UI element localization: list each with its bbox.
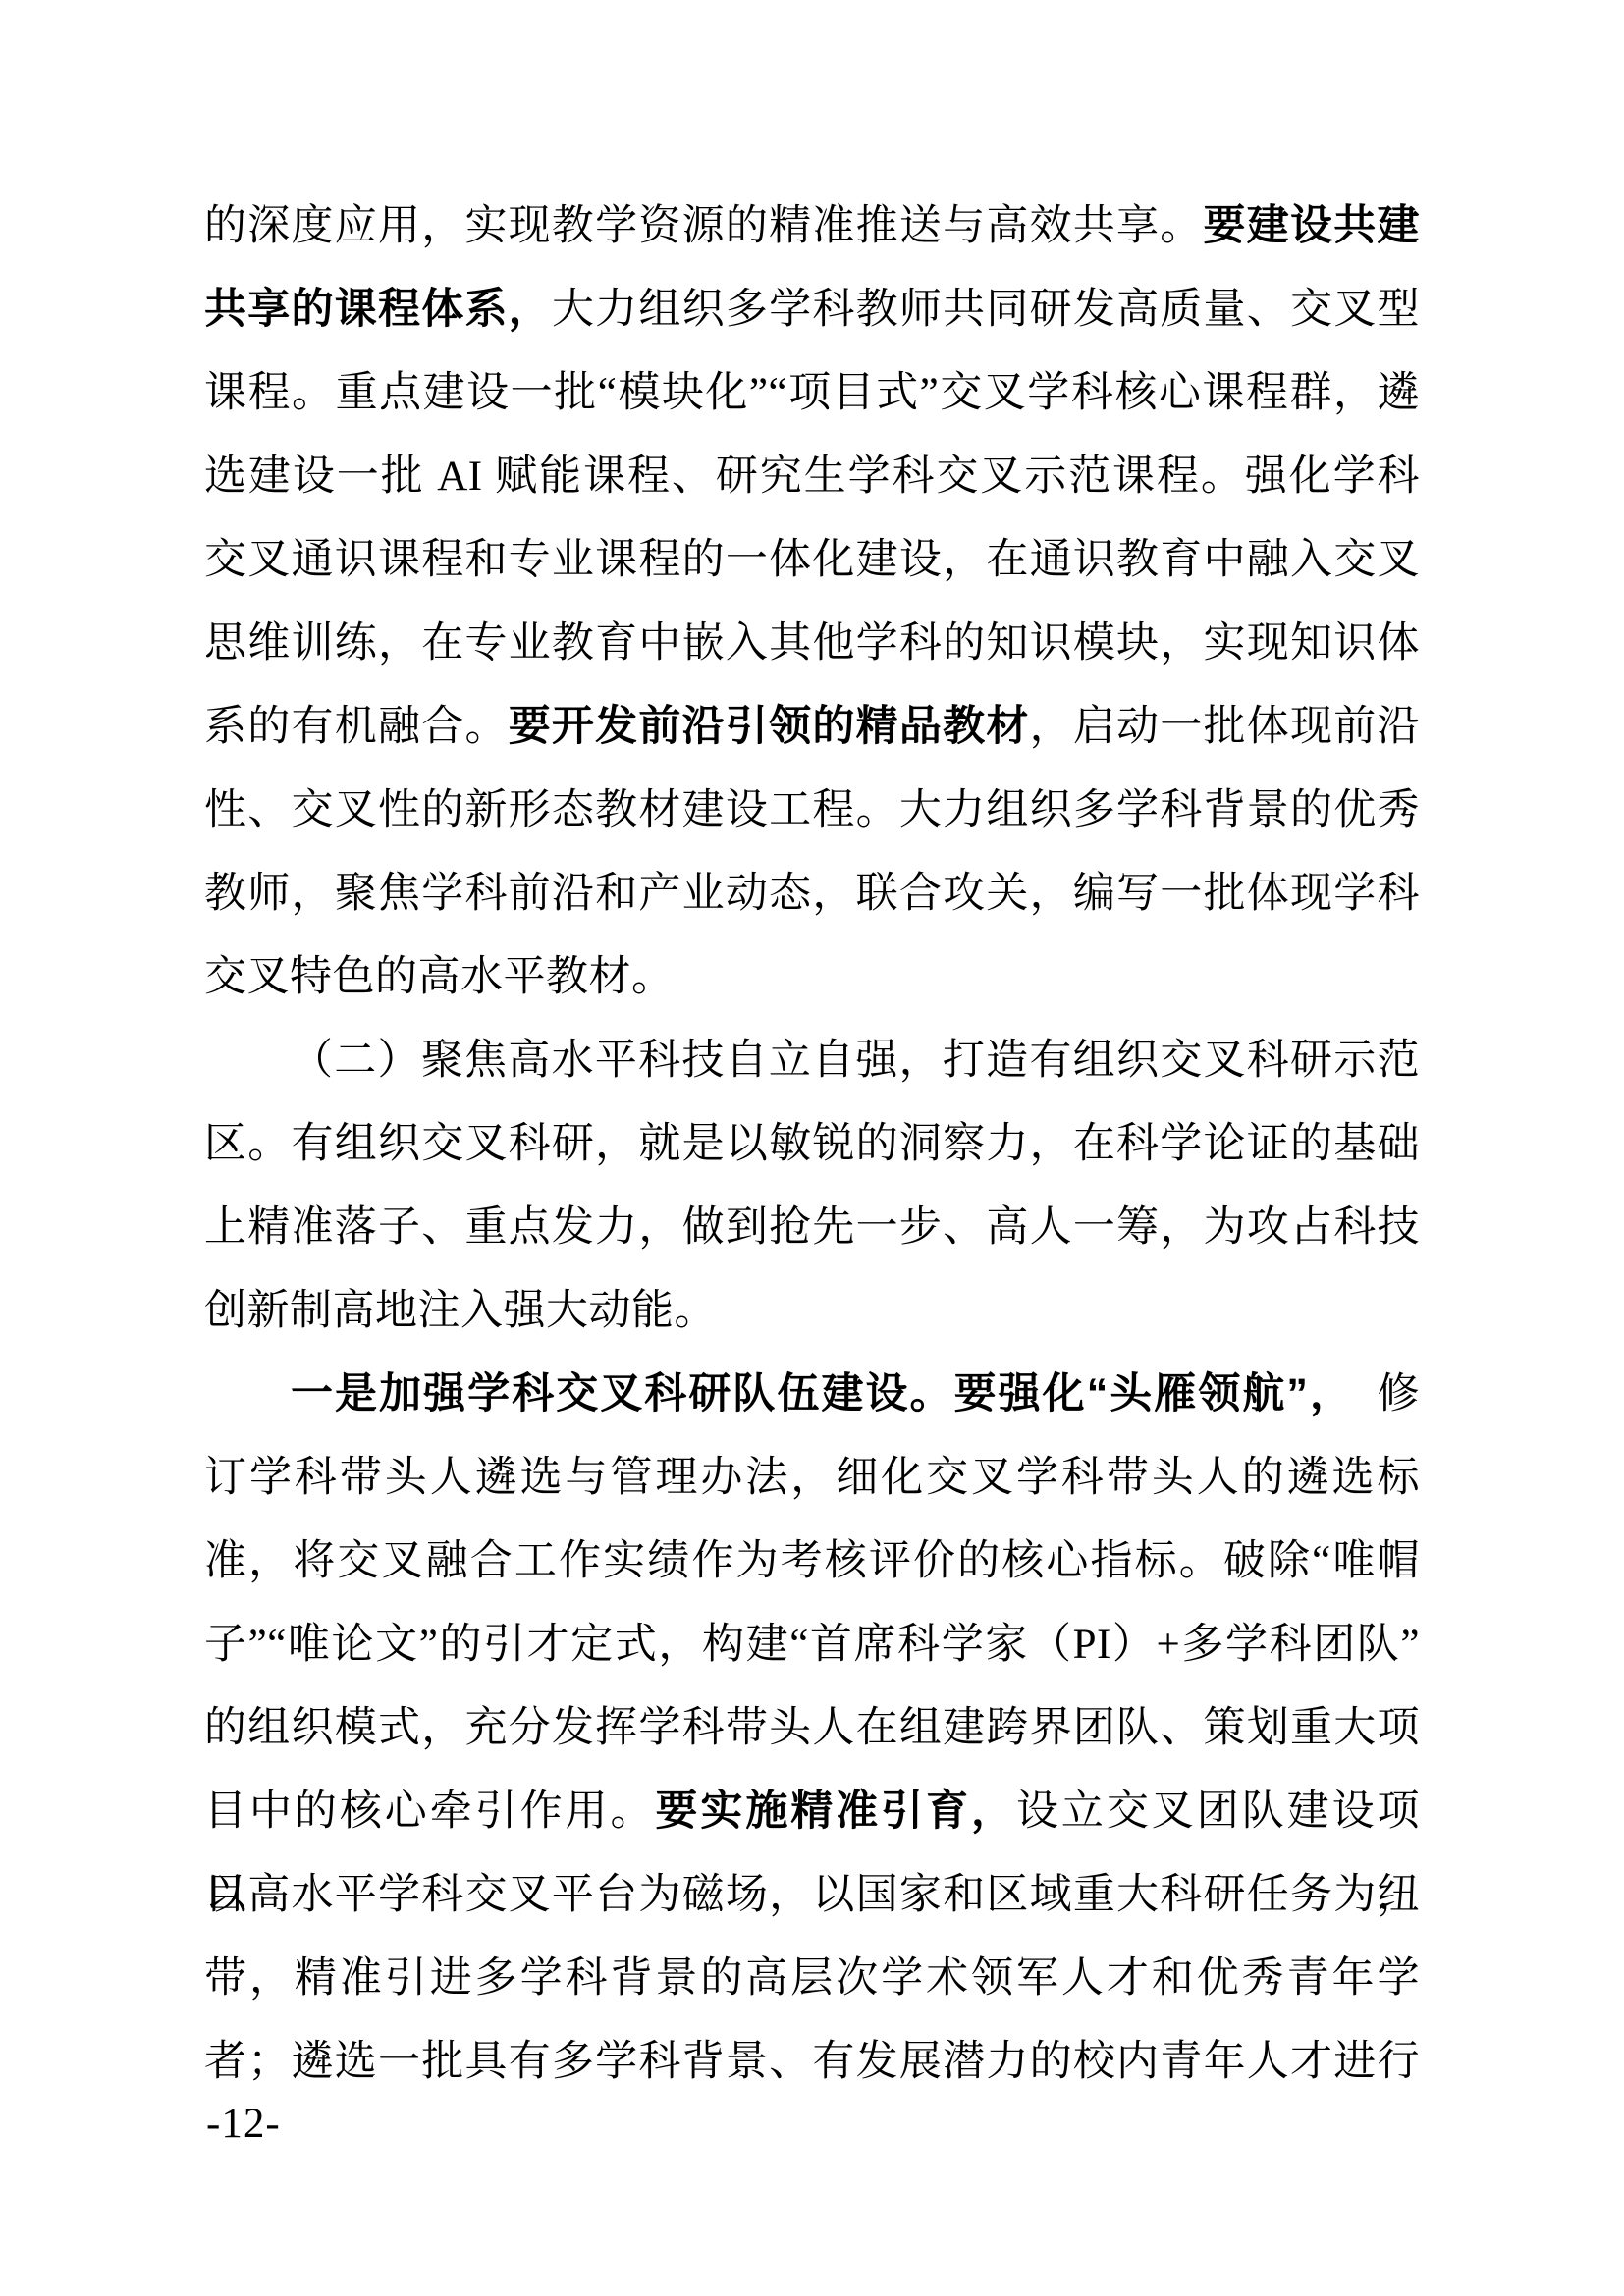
text-run: 修 bbox=[1332, 1371, 1420, 1417]
text-run: （二）聚焦高水平科技自立自强，打造有组织交叉科研示范 bbox=[291, 1038, 1420, 1084]
text-run: 带，精准引进多学科背景的高层次学术领军人才和优秀青年学 bbox=[204, 1955, 1420, 2002]
text-run: 者；遴选一批具有多学科背景、有发展潜力的校内青年人才进行 bbox=[204, 2039, 1420, 2085]
text-run: 系的有机融合。 bbox=[204, 704, 509, 750]
text-line: 选建设一批 AI 赋能课程、研究生学科交叉示范课程。强化学科 bbox=[204, 435, 1420, 518]
text-run: 交叉特色的高水平教材。 bbox=[204, 954, 675, 1000]
text-run: 交叉通识课程和专业课程的一体化建设，在通识教育中融入交叉 bbox=[204, 537, 1420, 583]
bold-text-run: 要开发前沿引领的精品教材 bbox=[509, 703, 1030, 750]
text-line: 一是加强学科交叉科研队伍建设。要强化“头雁领航”， 修 bbox=[204, 1353, 1420, 1436]
text-run: 课程。重点建设一批“模块化”“项目式”交叉学科核心课程群，遴 bbox=[204, 370, 1420, 416]
text-run: 目中的核心牵引作用。 bbox=[204, 1789, 655, 1835]
text-run: ，启动一批体现前沿 bbox=[1030, 704, 1420, 750]
text-line: 交叉通识课程和专业课程的一体化建设，在通识教育中融入交叉 bbox=[204, 518, 1420, 602]
text-run: 教师，聚焦学科前沿和产业动态，联合攻关，编写一批体现学科 bbox=[204, 871, 1420, 917]
bold-text-run: 要建设共建 bbox=[1204, 202, 1420, 249]
text-line: 创新制高地注入强大动能。 bbox=[204, 1269, 1420, 1353]
text-line: 思维训练，在专业教育中嵌入其他学科的知识模块，实现知识体 bbox=[204, 602, 1420, 685]
text-run: 区。有组织交叉科研，就是以敏锐的洞察力，在科学论证的基础 bbox=[204, 1121, 1420, 1167]
text-line: 上精准落子、重点发力，做到抢先一步、高人一筹，为攻占科技 bbox=[204, 1186, 1420, 1269]
text-line: 共享的课程体系，大力组织多学科教师共同研发高质量、交叉型 bbox=[204, 268, 1420, 351]
text-run: 大力组织多学科教师共同研发高质量、交叉型 bbox=[552, 287, 1420, 333]
text-line: 区。有组织交叉科研，就是以敏锐的洞察力，在科学论证的基础 bbox=[204, 1102, 1420, 1186]
document-text-block: 的深度应用，实现教学资源的精准推送与高效共享。要建设共建共享的课程体系，大力组织… bbox=[204, 185, 1420, 2104]
text-run: 的深度应用，实现教学资源的精准推送与高效共享。 bbox=[204, 203, 1204, 249]
text-line: 目中的核心牵引作用。要实施精准引育，设立交叉团队建设项目， bbox=[204, 1770, 1420, 1853]
text-run: 思维训练，在专业教育中嵌入其他学科的知识模块，实现知识体 bbox=[204, 620, 1420, 667]
text-line: 者；遴选一批具有多学科背景、有发展潜力的校内青年人才进行 bbox=[204, 2020, 1420, 2104]
text-line: 以高水平学科交叉平台为磁场，以国家和区域重大科研任务为纽 bbox=[204, 1853, 1420, 1937]
text-run: 性、交叉性的新形态教材建设工程。大力组织多学科背景的优秀 bbox=[204, 787, 1420, 833]
text-line: 子”“唯论文”的引才定式，构建“首席科学家（PI）+多学科团队” bbox=[204, 1603, 1420, 1686]
bold-text-run: 一是加强学科交叉科研队伍建设。要强化“头雁领航”， bbox=[291, 1370, 1332, 1417]
text-line: 教师，聚焦学科前沿和产业动态，联合攻关，编写一批体现学科 bbox=[204, 852, 1420, 935]
document-page: 的深度应用，实现教学资源的精准推送与高效共享。要建设共建共享的课程体系，大力组织… bbox=[0, 0, 1624, 2296]
bold-text-run: 要实施精准引育， bbox=[655, 1788, 1016, 1835]
text-run: 以高水平学科交叉平台为磁场，以国家和区域重大科研任务为纽 bbox=[204, 1872, 1420, 1918]
text-line: 课程。重点建设一批“模块化”“项目式”交叉学科核心课程群，遴 bbox=[204, 351, 1420, 435]
text-run: 创新制高地注入强大动能。 bbox=[204, 1288, 717, 1334]
text-line: 的组织模式，充分发挥学科带头人在组建跨界团队、策划重大项 bbox=[204, 1686, 1420, 1770]
text-run: 子”“唯论文”的引才定式，构建“首席科学家（PI）+多学科团队” bbox=[204, 1622, 1420, 1668]
text-run: 订学科带头人遴选与管理办法，细化交叉学科带头人的遴选标 bbox=[204, 1455, 1420, 1501]
text-line: 准，将交叉融合工作实绩作为考核评价的核心指标。破除“唯帽 bbox=[204, 1520, 1420, 1603]
text-line: 交叉特色的高水平教材。 bbox=[204, 935, 1420, 1019]
text-line: 性、交叉性的新形态教材建设工程。大力组织多学科背景的优秀 bbox=[204, 769, 1420, 852]
text-run: 选建设一批 AI 赋能课程、研究生学科交叉示范课程。强化学科 bbox=[204, 454, 1420, 500]
text-line: 订学科带头人遴选与管理办法，细化交叉学科带头人的遴选标 bbox=[204, 1436, 1420, 1520]
text-run: 的组织模式，充分发挥学科带头人在组建跨界团队、策划重大项 bbox=[204, 1705, 1420, 1751]
text-run: 准，将交叉融合工作实绩作为考核评价的核心指标。破除“唯帽 bbox=[204, 1538, 1420, 1584]
page-number: -12- bbox=[206, 2099, 281, 2150]
bold-text-run: 共享的课程体系， bbox=[204, 286, 552, 333]
text-line: （二）聚焦高水平科技自立自强，打造有组织交叉科研示范 bbox=[204, 1019, 1420, 1102]
text-line: 带，精准引进多学科背景的高层次学术领军人才和优秀青年学 bbox=[204, 1937, 1420, 2020]
text-line: 系的有机融合。要开发前沿引领的精品教材，启动一批体现前沿 bbox=[204, 685, 1420, 769]
text-line: 的深度应用，实现教学资源的精准推送与高效共享。要建设共建 bbox=[204, 185, 1420, 268]
text-run: 上精准落子、重点发力，做到抢先一步、高人一筹，为攻占科技 bbox=[204, 1204, 1420, 1251]
